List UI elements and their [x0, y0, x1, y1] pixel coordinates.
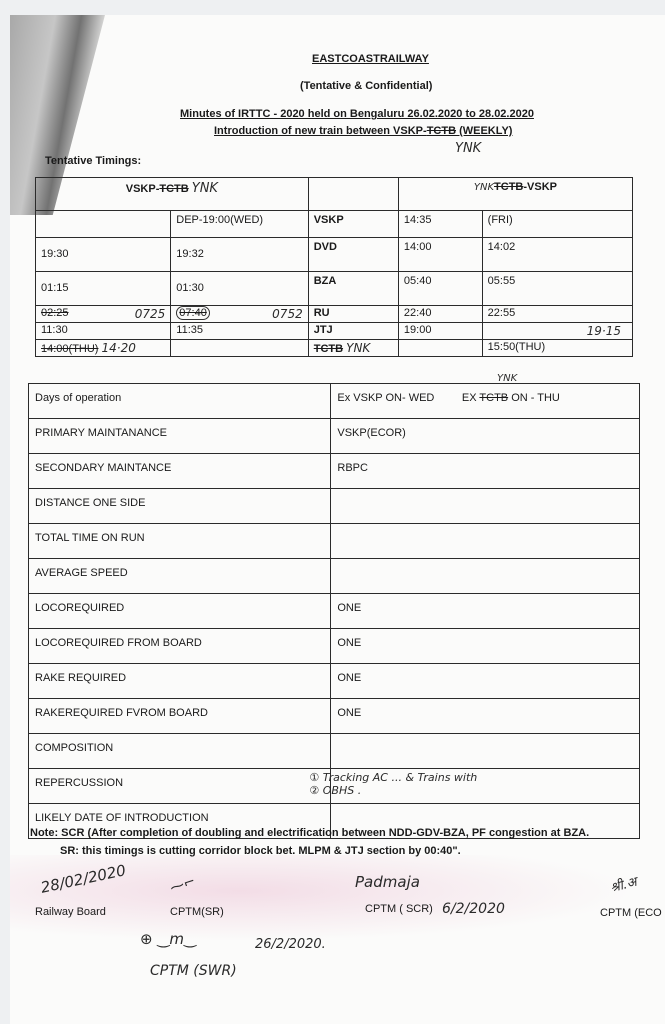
- details-row: RAKE REQUIREDONE: [29, 664, 640, 699]
- details-row: PRIMARY MAINTANANCEVSKP(ECOR): [29, 419, 640, 454]
- label-railway-board: Railway Board: [35, 906, 106, 918]
- note-line-2: SR: this timings is cutting corridor blo…: [60, 845, 461, 857]
- swr-date: 26/2/2020.: [255, 937, 326, 952]
- minutes-title: Minutes of IRTTC - 2020 held on Bengalur…: [180, 108, 534, 120]
- subject-title: Introduction of new train between VSKP-T…: [214, 125, 512, 137]
- document-page: EASTCOASTRAILWAY (Tentative & Confidenti…: [10, 15, 665, 1024]
- label-cptm-eco: CPTM (ECO: [600, 907, 662, 919]
- details-row: DISTANCE ONE SIDE: [29, 489, 640, 524]
- timing-row: 01:15 01:30 BZA 05:40 05:55: [36, 272, 633, 306]
- label-cptm-swr: CPTM (SWR): [150, 963, 237, 979]
- station-header: [308, 178, 398, 211]
- org-title: EASTCOASTRAILWAY: [312, 53, 429, 65]
- timing-row: 11:30 11:35 JTJ 19:00 19·15: [36, 323, 633, 340]
- signature-swr: ⊕ ‿m‿: [140, 930, 196, 948]
- details-row: REPERCUSSION ① Tracking AC ... & Trains …: [29, 769, 640, 804]
- label-cptm-sr: CPTM(SR): [170, 906, 224, 918]
- handwritten-ynk: YNK: [455, 141, 481, 156]
- timing-row: DEP-19:00(WED) VSKP 14:35 (FRI): [36, 211, 633, 238]
- note-line-1: Note: SCR (After completion of doubling …: [30, 827, 589, 839]
- classification: (Tentative & Confidential): [300, 80, 432, 92]
- timings-table: VSKP-TCTB YNK YNKTCTB-VSKP DEP-19:00(WED…: [35, 177, 633, 357]
- details-row: AVERAGE SPEED: [29, 559, 640, 594]
- outbound-header: VSKP-TCTB YNK: [36, 178, 309, 211]
- details-row: SECONDARY MAINTANCERBPC: [29, 454, 640, 489]
- details-row: Days of operation Ex VSKP ON- WED EX TCT…: [29, 384, 640, 419]
- details-row: RAKEREQUIRED FVROM BOARDONE: [29, 699, 640, 734]
- timing-row: 14:00(THU) 14·20 TCTB YNK 15:50(THU): [36, 340, 633, 357]
- inbound-header: YNKTCTB-VSKP: [398, 178, 632, 211]
- scr-date: 6/2/2020: [442, 901, 505, 917]
- timing-row: 19:30 19:32 DVD 14:00 14:02: [36, 238, 633, 272]
- details-row: COMPOSITION: [29, 734, 640, 769]
- details-row: LOCOREQUIREDONE: [29, 594, 640, 629]
- timings-label: Tentative Timings:: [45, 155, 141, 167]
- label-cptm-scr: CPTM ( SCR): [365, 903, 433, 915]
- details-row: TOTAL TIME ON RUN: [29, 524, 640, 559]
- signature-scr: Padmaja: [355, 873, 420, 891]
- timing-row: 02:25 0725 07:40 0752 RU 22:40 22:55: [36, 306, 633, 323]
- details-row: LOCOREQUIRED FROM BOARDONE: [29, 629, 640, 664]
- details-table: Days of operation Ex VSKP ON- WED EX TCT…: [28, 383, 640, 839]
